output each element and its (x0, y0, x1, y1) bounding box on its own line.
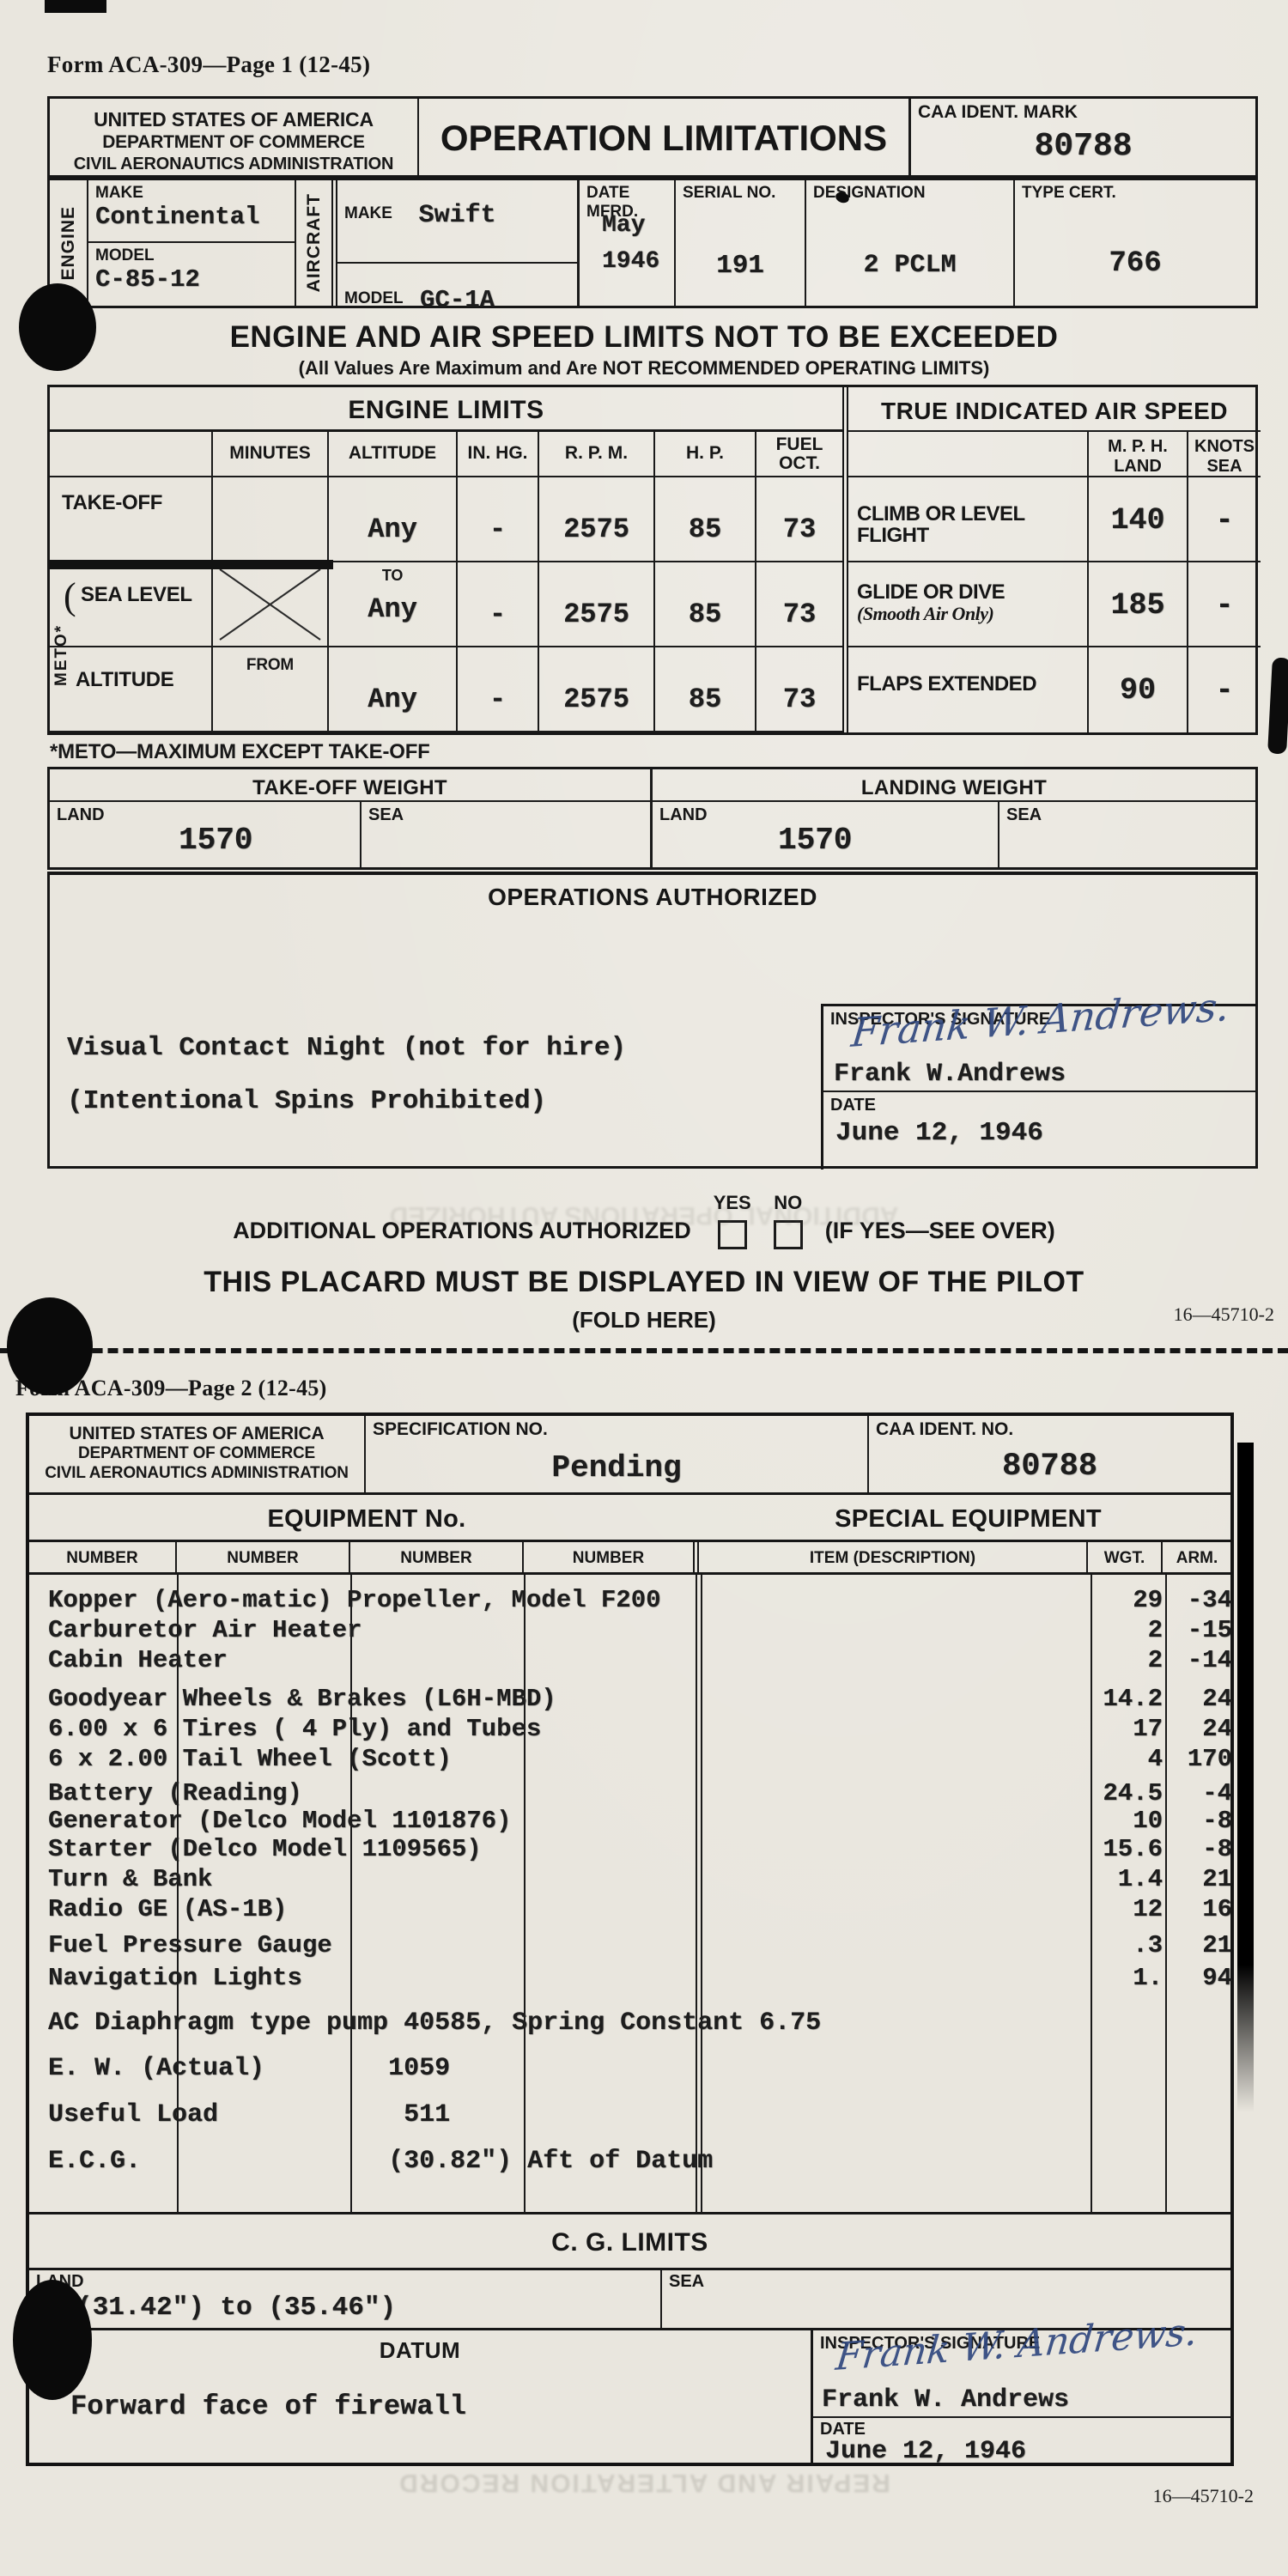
designation-value: 2 PCLM (806, 251, 1013, 280)
equipment-wgt: 10 (1092, 1807, 1163, 1835)
glide-sublabel: (Smooth Air Only) (857, 603, 993, 624)
equipment-arm: -34 (1167, 1586, 1232, 1614)
caa-ident-no-label: CAA IDENT. NO. (876, 1419, 1013, 1440)
equipment-row: Fuel Pressure Gauge.321 (29, 1931, 1230, 1960)
flaps-label: FLAPS EXTENDED (848, 647, 1089, 732)
flaps-knots: - (1188, 647, 1261, 732)
equipment-wgt: 4 (1092, 1745, 1163, 1773)
altitude-altitude: Any (329, 647, 458, 731)
climb-row: CLIMB OR LEVEL FLIGHT 140 - (848, 477, 1261, 562)
row-label-col-header (50, 432, 213, 476)
glide-label: GLIDE OR DIVE (857, 580, 1005, 604)
glide-mph: 185 (1089, 562, 1188, 646)
equipment-row: Starter (Delco Model 1109565)15.6-8 (29, 1835, 1230, 1864)
operations-line1: Visual Contact Night (not for hire) (67, 1033, 626, 1063)
sea-level-row: ( SEA LEVEL TO Any - 2575 85 73 (50, 562, 842, 647)
agency2-line2: DEPARTMENT OF COMMERCE (29, 1444, 364, 1464)
print-code-p1: 16—45710-2 (1174, 1303, 1274, 1326)
equipment-item: Carburetor Air Heater (48, 1616, 361, 1644)
equipment-item: Starter (Delco Model 1109565) (48, 1835, 482, 1863)
equipment-item: Radio GE (AS-1B) (48, 1895, 287, 1923)
equipment-note-row: E. W. (Actual) 1059 (29, 2054, 1230, 2083)
date-value-p2: June 12, 1946 (825, 2437, 1026, 2466)
caa-ident-mark-box: CAA IDENT. MARK 80788 (908, 99, 1255, 175)
limits-subheading: (All Values Are Maximum and Are NOT RECO… (0, 357, 1288, 380)
placard-notice: THIS PLACARD MUST BE DISPLAYED IN VIEW O… (0, 1266, 1288, 1299)
scan-mark-top-left (45, 0, 106, 13)
landing-weight-title: LANDING WEIGHT (653, 769, 1255, 802)
sea-level-rpm: 2575 (539, 562, 655, 646)
equipment-item: Kopper (Aero-matic) Propeller, Model F20… (48, 1586, 661, 1614)
equipment-row: Turn & Bank1.421 (29, 1865, 1230, 1894)
engine-make-label: MAKE (95, 184, 143, 203)
equipment-wgt: 1. (1092, 1964, 1163, 1992)
hp-col-header: H. P. (655, 432, 756, 476)
item-col-header: ITEM (DESCRIPTION) (699, 1542, 1088, 1572)
wgt-col-header: WGT. (1088, 1542, 1163, 1572)
serial-no-cell: SERIAL NO. 191 (676, 180, 806, 306)
equipment-arm: 21 (1167, 1865, 1232, 1893)
scanned-form-sheet: Form ACA-309—Page 1 (12-45) UNITED STATE… (0, 0, 1288, 2576)
agency2-line1: UNITED STATES OF AMERICA (29, 1423, 364, 1444)
sea-level-inhg: - (458, 562, 539, 646)
meto-footnote: *METO—MAXIMUM EXCEPT TAKE-OFF (50, 740, 430, 764)
flaps-mph: 90 (1089, 647, 1188, 732)
takeoff-weight-half: TAKE-OFF WEIGHT LAND 1570 SEA (50, 769, 653, 867)
operations-box: OPERATIONS AUTHORIZED Visual Contact Nig… (47, 872, 1258, 1169)
datum-cell: DATUM Forward face of firewall (29, 2330, 811, 2466)
takeoff-label: TAKE-OFF (50, 477, 213, 561)
equipment-note-text: E.C.G. (30.82") Aft of Datum (48, 2147, 713, 2176)
fold-dashed-line (0, 1348, 1288, 1353)
equipment-arm: -14 (1167, 1646, 1232, 1674)
cg-land-value: (31.42") to (35.46") (76, 2293, 396, 2323)
type-cert-label: TYPE CERT. (1022, 184, 1116, 203)
engine-model-value: C-85-12 (95, 265, 200, 294)
equipment-arm: -8 (1167, 1835, 1232, 1863)
equipment-wgt: 2 (1092, 1616, 1163, 1644)
landing-land-label: LAND (659, 805, 708, 825)
glide-knots: - (1188, 562, 1261, 646)
specification-value: Pending (366, 1450, 867, 1485)
caa-ident-mark-value: 80788 (911, 128, 1255, 165)
equipment-note-text: E. W. (Actual) 1059 (48, 2054, 450, 2083)
equipment-item: Cabin Heater (48, 1646, 228, 1674)
equipment-wgt: 12 (1092, 1895, 1163, 1923)
page2-main-box: UNITED STATES OF AMERICA DEPARTMENT OF C… (26, 1413, 1234, 2466)
equipment-wgt: .3 (1092, 1931, 1163, 1959)
inspector-signature-typed-p2: Frank W. Andrews (822, 2385, 1069, 2415)
equipment-row: Cabin Heater2-14 (29, 1646, 1230, 1675)
airspeed-header-row: M. P. H. LAND KNOTS SEA (848, 432, 1261, 477)
serial-no-value: 191 (676, 251, 805, 281)
inspector-signature-box-p2: INSPECTOR'S SIGNATURE Frank W. Andrews. … (811, 2330, 1232, 2466)
aircraft-make-model-cell: MAKE Swift MODEL GC-1A (337, 180, 580, 306)
sea-level-hp: 85 (655, 562, 756, 646)
equipment-arm: 24 (1167, 1685, 1232, 1713)
designation-label: DESIGNATION (813, 184, 926, 203)
punch-hole-3 (13, 2280, 92, 2400)
engine-model-label: MODEL (95, 246, 155, 265)
inspector-signature-script-p1: Frank W. Andrews. (849, 983, 1232, 1056)
takeoff-land-value: 1570 (179, 823, 252, 858)
arm-col-header: ARM. (1163, 1542, 1231, 1572)
agency2-line3: CIVIL AERONAUTICS ADMINISTRATION (29, 1464, 364, 1484)
equipment-row: 6.00 x 6 Tires ( 4 Ply) and Tubes1724 (29, 1715, 1230, 1744)
equipment-arm: 94 (1167, 1964, 1232, 1992)
ink-smudge-right (1267, 658, 1288, 755)
equipment-note-row: Useful Load 511 (29, 2100, 1230, 2129)
limits-heading: ENGINE AND AIR SPEED LIMITS NOT TO BE EX… (0, 320, 1288, 355)
engine-make-value: Continental (95, 203, 259, 231)
takeoff-sea-label: SEA (368, 805, 404, 825)
equipment-note-text: Useful Load 511 (48, 2100, 450, 2129)
equipment-arm: -15 (1167, 1616, 1232, 1644)
climb-mph: 140 (1089, 477, 1188, 561)
altitude-rpm: 2575 (539, 647, 655, 731)
equipment-row: Kopper (Aero-matic) Propeller, Model F20… (29, 1586, 1230, 1615)
altitude-hp: 85 (655, 647, 756, 731)
page2-agency-block: UNITED STATES OF AMERICA DEPARTMENT OF C… (29, 1416, 366, 1492)
equipment-row: Radio GE (AS-1B)1216 (29, 1895, 1230, 1924)
equipment-wgt: 1.4 (1092, 1865, 1163, 1893)
climb-knots: - (1188, 477, 1261, 561)
landing-sea-label: SEA (1006, 805, 1042, 825)
agency-line3: CIVIL AERONAUTICS ADMINISTRATION (50, 154, 417, 174)
equipment-wgt: 24.5 (1092, 1779, 1163, 1807)
equipment-item: Goodyear Wheels & Brakes (L6H-MBD) (48, 1685, 556, 1713)
takeoff-fuel: 73 (756, 477, 842, 561)
takeoff-weight-title: TAKE-OFF WEIGHT (50, 769, 650, 802)
engine-limits-title: ENGINE LIMITS (50, 387, 842, 432)
equipment-item: 6 x 2.00 Tail Wheel (Scott) (48, 1745, 452, 1773)
equipment-arm: -8 (1167, 1807, 1232, 1835)
flaps-row: FLAPS EXTENDED 90 - (848, 647, 1261, 732)
number-col-header-4: NUMBER (524, 1542, 699, 1572)
specification-label: SPECIFICATION NO. (373, 1419, 548, 1440)
equipment-row: Generator (Delco Model 1101876)10-8 (29, 1807, 1230, 1836)
takeoff-row: TAKE-OFF Any - 2575 85 73 (50, 477, 842, 562)
altitude-to-label: TO (329, 567, 456, 585)
altitude-label: ALTITUDE (50, 647, 213, 731)
type-cert-value: 766 (1015, 247, 1255, 280)
datum-value: Forward face of firewall (70, 2391, 466, 2422)
page1-agency-block: UNITED STATES OF AMERICA DEPARTMENT OF C… (50, 99, 419, 175)
serial-no-label: SERIAL NO. (683, 184, 775, 203)
landing-land-value: 1570 (778, 823, 852, 858)
equipment-arm: 24 (1167, 1715, 1232, 1743)
equipment-wgt: 29 (1092, 1586, 1163, 1614)
inspector-signature-box-p1: INSPECTOR'S SIGNATURE Frank W. Andrews. … (821, 1004, 1258, 1170)
equipment-wgt: 17 (1092, 1715, 1163, 1743)
equipment-item: Turn & Bank (48, 1865, 212, 1893)
equipment-row: Navigation Lights1.94 (29, 1964, 1230, 1993)
crossed-out-x (213, 562, 327, 646)
aircraft-model-label: MODEL (344, 289, 404, 308)
takeoff-rpm: 2575 (539, 477, 655, 561)
page1-form-label: Form ACA-309—Page 1 (12-45) (47, 52, 370, 78)
equipment-item: 6.00 x 6 Tires ( 4 Ply) and Tubes (48, 1715, 541, 1743)
engine-limits-header-row: MINUTES ALTITUDE IN. HG. R. P. M. H. P. … (50, 432, 842, 477)
equipment-item: Battery (Reading) (48, 1779, 302, 1807)
altitude-fuel: 73 (756, 647, 842, 731)
operations-heading: OPERATIONS AUTHORIZED (50, 875, 1255, 911)
altitude-inhg: - (458, 647, 539, 731)
engine-limits-section: ENGINE LIMITS MINUTES ALTITUDE IN. HG. R… (50, 387, 848, 732)
equipment-note-row: E.C.G. (30.82") Aft of Datum (29, 2147, 1230, 2176)
landing-weight-half: LANDING WEIGHT LAND 1570 SEA (653, 769, 1255, 867)
inhg-col-header: IN. HG. (458, 432, 539, 476)
weights-box: TAKE-OFF WEIGHT LAND 1570 SEA LANDING WE… (47, 767, 1258, 870)
knots-sea-col-header: KNOTS SEA (1188, 432, 1261, 477)
number-col-header-1: NUMBER (29, 1542, 177, 1572)
rpm-col-header: R. P. M. (539, 432, 655, 476)
punch-hole-2 (7, 1297, 93, 1395)
caa-ident-mark-label: CAA IDENT. MARK (918, 102, 1078, 123)
fuel-oct-col-header: FUEL OCT. (756, 432, 842, 476)
date-mfrd-cell: DATE MFRD. May 1946 (580, 180, 676, 306)
inspector-signature-typed-p1: Frank W.Andrews (834, 1060, 1066, 1089)
datum-heading: DATUM (29, 2330, 811, 2364)
equipment-no-heading: EQUIPMENT No. (29, 1495, 704, 1540)
limits-table: ENGINE LIMITS MINUTES ALTITUDE IN. HG. R… (47, 385, 1258, 735)
equipment-note-text: AC Diaphragm type pump 40585, Spring Con… (48, 2008, 821, 2038)
operations-line2: (Intentional Spins Prohibited) (67, 1086, 546, 1116)
fold-here-note: (FOLD HERE) (0, 1307, 1288, 1334)
equipment-row: Carburetor Air Heater2-15 (29, 1616, 1230, 1645)
altitude-col-header: ALTITUDE (329, 432, 458, 476)
agency-line1: UNITED STATES OF AMERICA (50, 107, 417, 131)
takeoff-hp: 85 (655, 477, 756, 561)
type-cert-cell: TYPE CERT. 766 (1015, 180, 1255, 306)
engine-make-model-cell: MAKE Continental MODEL C-85-12 (88, 180, 296, 306)
minutes-from-label: FROM (213, 656, 327, 675)
date-mfrd-value: May 1946 (602, 208, 659, 280)
scan-edge-right-lower (1237, 1443, 1254, 2112)
meto-vertical-label: METO* (51, 581, 73, 729)
equipment-arm: -4 (1167, 1779, 1232, 1807)
takeoff-inhg: - (458, 477, 539, 561)
caa-ident-no-cell: CAA IDENT. NO. 80788 (869, 1416, 1230, 1492)
datum-inspector-row: DATUM Forward face of firewall INSPECTOR… (29, 2330, 1230, 2466)
equipment-arm: 170 (1167, 1745, 1232, 1773)
agency-line2: DEPARTMENT OF COMMERCE (50, 131, 417, 154)
equipment-section-headings: EQUIPMENT No. SPECIAL EQUIPMENT (29, 1495, 1230, 1542)
climb-label: CLIMB OR LEVEL FLIGHT (848, 477, 1089, 561)
equipment-wgt: 14.2 (1092, 1685, 1163, 1713)
equipment-arm: 16 (1167, 1895, 1232, 1923)
page1-title: OPERATION LIMITATIONS (419, 99, 908, 175)
sea-level-fuel: 73 (756, 562, 842, 646)
special-equipment-heading: SPECIAL EQUIPMENT (704, 1495, 1232, 1540)
date-value-p1: June 12, 1946 (835, 1118, 1043, 1148)
equipment-column-headers: NUMBER NUMBER NUMBER NUMBER ITEM (DESCRI… (29, 1542, 1230, 1575)
equipment-item: Fuel Pressure Gauge (48, 1931, 332, 1959)
print-code-p2: 16—45710-2 (1153, 2485, 1254, 2507)
caa-ident-no-value: 80788 (869, 1449, 1230, 1485)
airspeed-label-col-header (848, 432, 1089, 477)
date-label-p1: DATE (830, 1096, 876, 1115)
cg-sea-label: SEA (669, 2272, 704, 2292)
punch-hole-1 (19, 283, 96, 371)
equipment-item: Navigation Lights (48, 1964, 302, 1992)
takeoff-minutes (213, 477, 329, 561)
takeoff-land-label: LAND (57, 805, 105, 825)
cg-limits-heading: C. G. LIMITS (29, 2215, 1230, 2270)
equipment-row: 6 x 2.00 Tail Wheel (Scott)4170 (29, 1745, 1230, 1774)
equipment-wgt: 15.6 (1092, 1835, 1163, 1863)
heavy-ink-bar (50, 560, 333, 569)
equipment-wgt: 2 (1092, 1646, 1163, 1674)
equipment-row: Goodyear Wheels & Brakes (L6H-MBD)14.224 (29, 1685, 1230, 1714)
mph-land-col-header: M. P. H. LAND (1089, 432, 1188, 477)
bleedthrough-text-p1: ADDITIONAL OPERATIONS AUTHORIZED (0, 1200, 1288, 1230)
number-col-header-2: NUMBER (177, 1542, 350, 1572)
sea-level-minutes-crossed (213, 562, 329, 646)
minutes-col-header: MINUTES (213, 432, 329, 476)
glide-row: GLIDE OR DIVE (Smooth Air Only) 185 - (848, 562, 1261, 647)
aircraft-make-label: MAKE (344, 204, 392, 223)
altitude-row: ALTITUDE FROM Any - 2575 85 73 (50, 647, 842, 732)
equipment-row: Battery (Reading)24.5-4 (29, 1779, 1230, 1808)
craft-identification-box: ENGINE MAKE Continental MODEL C-85-12 AI… (47, 178, 1258, 308)
equipment-note-row: AC Diaphragm type pump 40585, Spring Con… (29, 2008, 1230, 2038)
airspeed-title: TRUE INDICATED AIR SPEED (848, 387, 1261, 432)
airspeed-section: TRUE INDICATED AIR SPEED M. P. H. LAND K… (848, 387, 1261, 732)
bleedthrough-text-p2: REPAIR AND ALTERATION RECORD (343, 2468, 945, 2497)
sea-level-altitude: Any (329, 593, 456, 625)
page2-header-row: UNITED STATES OF AMERICA DEPARTMENT OF C… (29, 1416, 1230, 1495)
number-col-header-3: NUMBER (350, 1542, 524, 1572)
equipment-arm: 21 (1167, 1931, 1232, 1959)
page1-header-box: UNITED STATES OF AMERICA DEPARTMENT OF C… (47, 96, 1258, 178)
aircraft-vertical-label: AIRCRAFT (296, 180, 337, 306)
specification-cell: SPECIFICATION NO. Pending (366, 1416, 869, 1492)
cg-land-cell: LAND (31.42") to (35.46") (29, 2270, 660, 2328)
equipment-item: Generator (Delco Model 1101876) (48, 1807, 512, 1835)
takeoff-altitude: Any (329, 477, 458, 561)
equipment-table-body: Kopper (Aero-matic) Propeller, Model F20… (29, 1575, 1230, 2215)
